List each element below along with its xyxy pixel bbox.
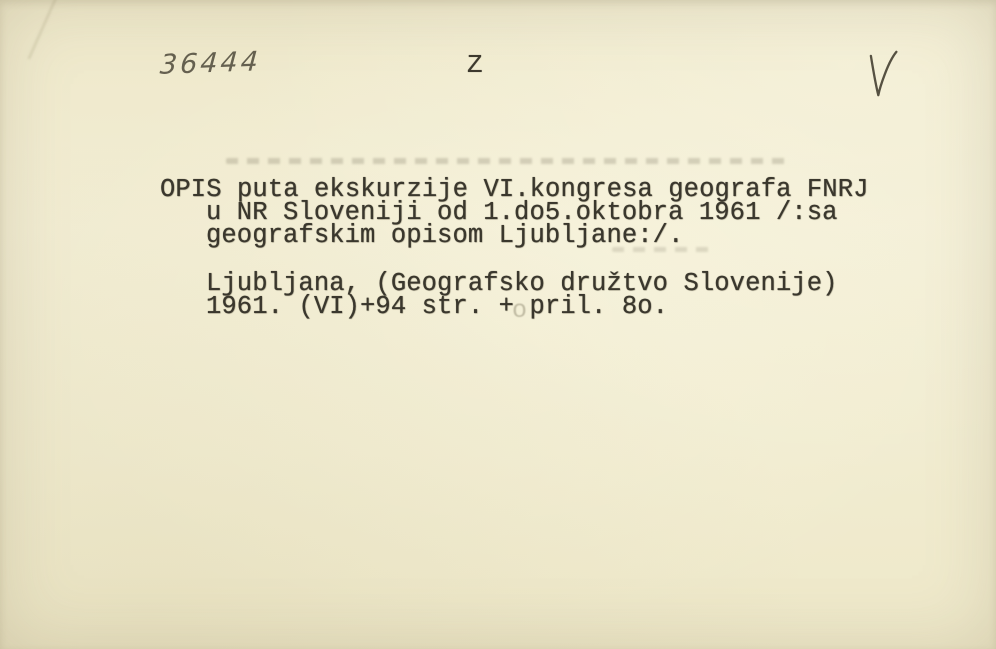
classification-letter: Z — [467, 50, 483, 80]
title-line: geografskim opisom Ljubljane:/. — [160, 224, 920, 247]
imprint-line: 1961. (VI)+94 str. + pril. 8o. — [160, 295, 920, 318]
check-icon — [858, 47, 906, 108]
inventory-number: 36444 — [159, 46, 262, 81]
ghost-character-artifact: o — [512, 296, 527, 325]
paper-crease — [28, 0, 58, 59]
catalog-card-scan: 36444 Z OPIS puta ekskurzije VI.kongresa… — [0, 0, 996, 649]
entry-text: OPIS puta ekskurzije VI.kongresa geograf… — [160, 178, 920, 318]
title-paragraph: OPIS puta ekskurzije VI.kongresa geograf… — [160, 178, 920, 247]
imprint-paragraph: Ljubljana, (Geografsko družtvo Slovenije… — [160, 272, 920, 318]
ghost-text-artifact — [226, 158, 792, 164]
